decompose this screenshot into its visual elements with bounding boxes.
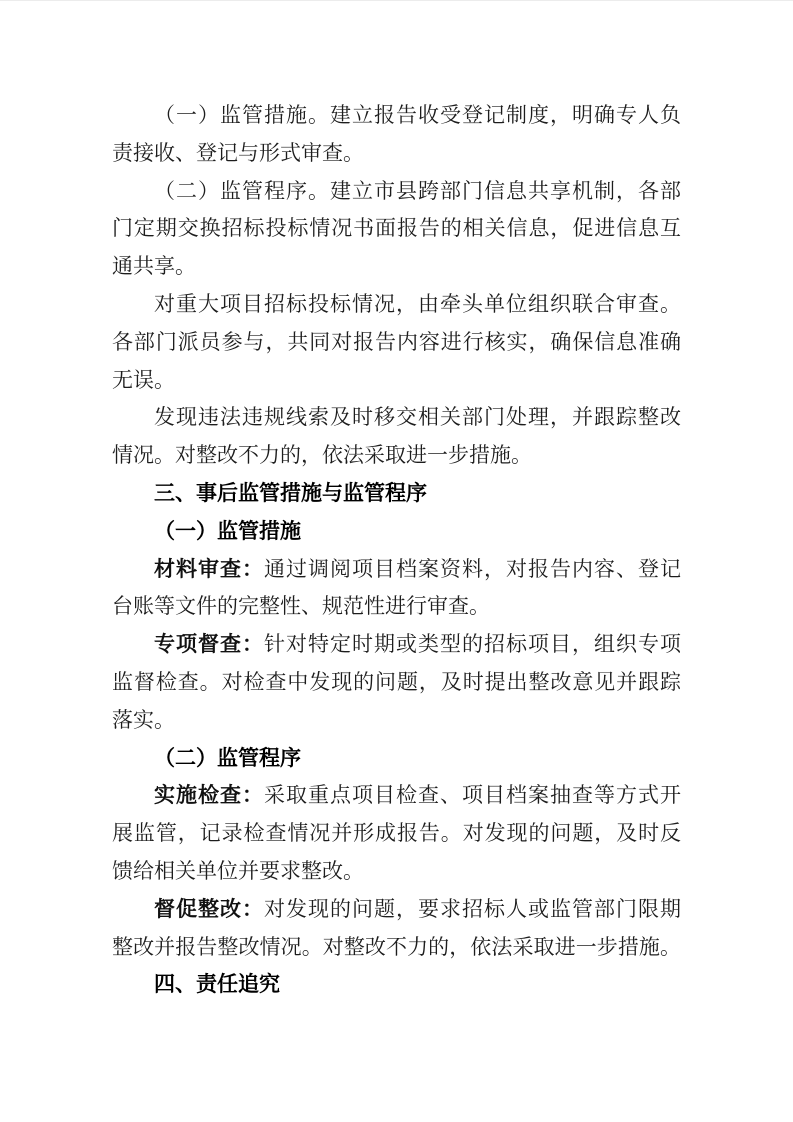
text-line: 实施检查：采取重点项目检查、项目档案抽查等方式开 [112,777,681,815]
run-in-label: 材料审查： [154,557,264,581]
text-line: 台账等文件的完整性、规范性进行审查。 [112,588,681,626]
paragraph: 发现违法违规线索及时移交相关部门处理，并跟踪整改情况。对整改不力的，依法采取进一… [112,399,681,475]
section-heading: 四、责任追究 [112,966,681,1004]
run-in-label: 专项督查： [154,632,264,656]
run-in-label: 实施检查： [154,783,264,807]
section-heading: （一）监管措施 [112,513,681,551]
text-line: 无误。 [112,362,681,400]
text-line: 整改并报告整改情况。对整改不力的，依法采取进一步措施。 [112,929,681,967]
text-line: 门定期交换招标投标情况书面报告的相关信息，促进信息互 [112,210,681,248]
section-heading: （二）监管程序 [112,740,681,778]
text-line: 各部门派员参与，共同对报告内容进行核实，确保信息准确 [112,324,681,362]
text-line: （一）监管措施。建立报告收受登记制度，明确专人负 [112,97,681,135]
text-line: （二）监管程序 [112,740,681,778]
text-line: （一）监管措施 [112,513,681,551]
text-line: 落实。 [112,702,681,740]
document-content: （一）监管措施。建立报告收受登记制度，明确专人负责接收、登记与形式审查。（二）监… [112,97,681,1004]
text-line: 通共享。 [112,248,681,286]
text-line: 发现违法违规线索及时移交相关部门处理，并跟踪整改 [112,399,681,437]
section-heading: 三、事后监管措施与监管程序 [112,475,681,513]
paragraph: 督促整改：对发现的问题，要求招标人或监管部门限期整改并报告整改情况。对整改不力的… [112,891,681,967]
paragraph: （二）监管程序。建立市县跨部门信息共享机制，各部门定期交换招标投标情况书面报告的… [112,173,681,286]
document-page: （一）监管措施。建立报告收受登记制度，明确专人负责接收、登记与形式审查。（二）监… [0,0,793,1122]
text-line: 责接收、登记与形式审查。 [112,135,681,173]
text-line: 四、责任追究 [112,966,681,1004]
paragraph: （一）监管措施。建立报告收受登记制度，明确专人负责接收、登记与形式审查。 [112,97,681,173]
paragraph: 材料审查：通过调阅项目档案资料，对报告内容、登记台账等文件的完整性、规范性进行审… [112,551,681,627]
text-line: 展监管，记录检查情况并形成报告。对发现的问题，及时反 [112,815,681,853]
paragraph: 实施检查：采取重点项目检查、项目档案抽查等方式开展监管，记录检查情况并形成报告。… [112,777,681,890]
run-in-label: 督促整改： [154,897,264,921]
text-line: 监督检查。对检查中发现的问题，及时提出整改意见并跟踪 [112,664,681,702]
paragraph: 对重大项目招标投标情况，由牵头单位组织联合审查。各部门派员参与，共同对报告内容进… [112,286,681,399]
text-line: 三、事后监管措施与监管程序 [112,475,681,513]
text-line: （二）监管程序。建立市县跨部门信息共享机制，各部 [112,173,681,211]
text-line: 对重大项目招标投标情况，由牵头单位组织联合审查。 [112,286,681,324]
paragraph: 专项督查：针对特定时期或类型的招标项目，组织专项监督检查。对检查中发现的问题，及… [112,626,681,739]
text-line: 情况。对整改不力的，依法采取进一步措施。 [112,437,681,475]
text-line: 材料审查：通过调阅项目档案资料，对报告内容、登记 [112,551,681,589]
text-line: 专项督查：针对特定时期或类型的招标项目，组织专项 [112,626,681,664]
text-line: 督促整改：对发现的问题，要求招标人或监管部门限期 [112,891,681,929]
text-line: 馈给相关单位并要求整改。 [112,853,681,891]
